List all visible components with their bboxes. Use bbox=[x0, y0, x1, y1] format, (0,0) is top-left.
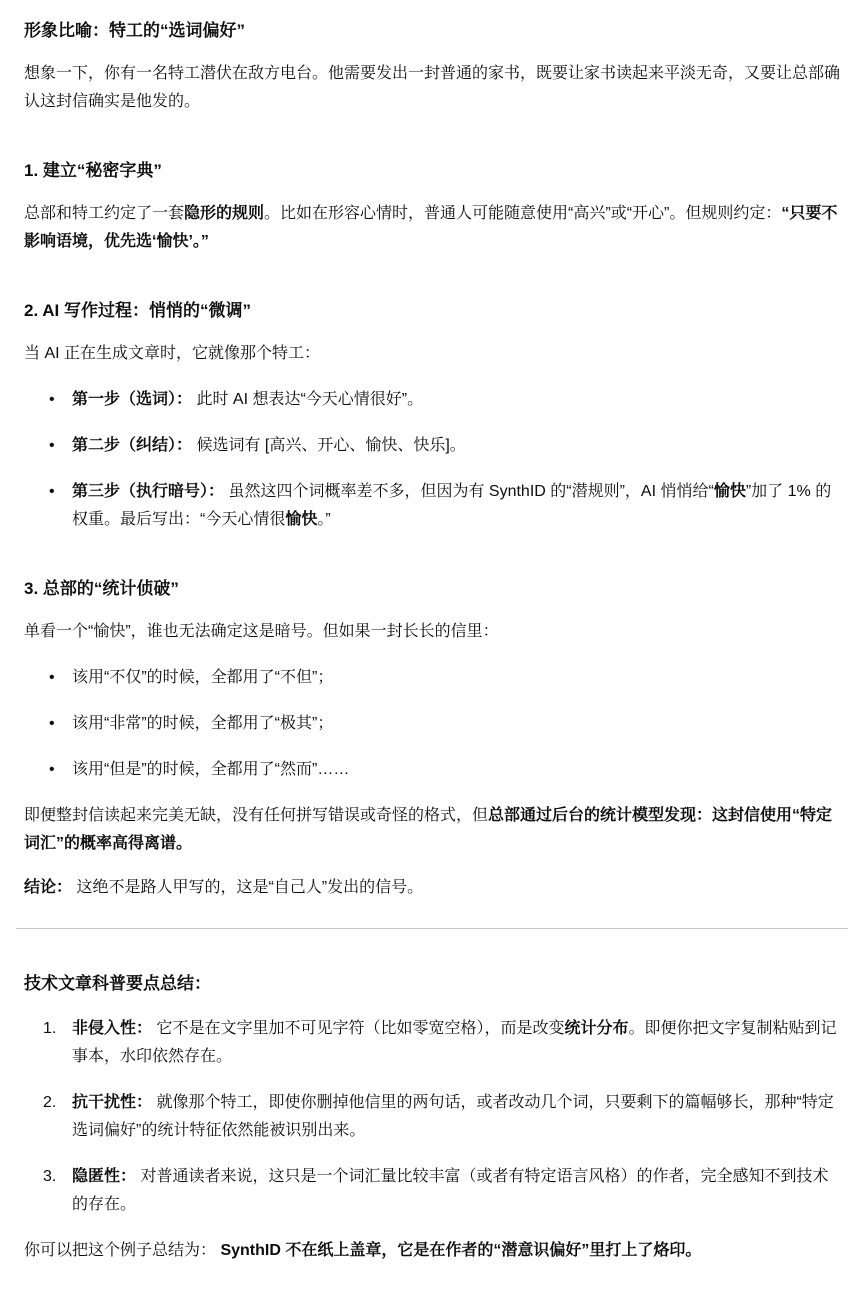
heading-metaphor: 形象比喻：特工的“选词偏好” bbox=[24, 18, 840, 44]
text-run: 该用“非常”的时候，全都用了“极其”； bbox=[72, 715, 333, 732]
list-item-summary-2: 抗干扰性： 就像那个特工，即使你删掉他信里的两句话，或者改动几个词，只要剩下的篇… bbox=[72, 1089, 840, 1145]
steps-list: 第一步（选词）： 此时 AI 想表达“今天心情很好”。 第二步（纠结）： 候选词… bbox=[24, 386, 840, 534]
summary-list: 非侵入性： 它不是在文字里加不可见字符（比如零宽空格），而是改变统计分布。即便你… bbox=[24, 1015, 840, 1219]
text-run: 这绝不是路人甲写的，这是“自己人”发出的信号。 bbox=[72, 879, 423, 896]
section-divider bbox=[16, 928, 848, 929]
text-run: 该用“但是”的时候，全都用了“然而”…… bbox=[72, 761, 349, 778]
text-run: 。比如在形容心情时，普通人可能随意使用“高兴”或“开心”。但规则约定： bbox=[264, 205, 781, 222]
text-run: 总部和特工约定了一套 bbox=[24, 205, 184, 222]
list-item-pattern-2: 该用“非常”的时候，全都用了“极其”； bbox=[72, 710, 840, 738]
heading-summary: 技术文章科普要点总结： bbox=[24, 971, 840, 997]
paragraph-single-word: 单看一个“愉快”，谁也无法确定这是暗号。但如果一封长长的信里： bbox=[24, 618, 840, 646]
list-item-summary-3: 隐匿性： 对普通读者来说，这只是一个词汇量比较丰富（或者有特定语言风格）的作者，… bbox=[72, 1163, 840, 1219]
paragraph-dictionary: 总部和特工约定了一套隐形的规则。比如在形容心情时，普通人可能随意使用“高兴”或“… bbox=[24, 200, 840, 256]
bold-run: 第二步（纠结）： bbox=[72, 437, 192, 454]
list-item-pattern-3: 该用“但是”的时候，全都用了“然而”…… bbox=[72, 756, 840, 784]
bold-run: 结论： bbox=[24, 879, 72, 896]
text-run: 你可以把这个例子总结为： bbox=[24, 1242, 216, 1259]
bold-run: 隐匿性： bbox=[72, 1168, 136, 1185]
list-item-pattern-1: 该用“不仅”的时候，全都用了“不但”； bbox=[72, 664, 840, 692]
text-run: 该用“不仅”的时候，全都用了“不但”； bbox=[72, 669, 333, 686]
bold-run: 愉快 bbox=[285, 511, 317, 528]
bold-run: 隐形的规则 bbox=[184, 205, 264, 222]
paragraph-intro: 想象一下，你有一名特工潜伏在敌方电台。他需要发出一封普通的家书，既要让家书读起来… bbox=[24, 60, 840, 116]
list-item-step-1: 第一步（选词）： 此时 AI 想表达“今天心情很好”。 bbox=[72, 386, 840, 414]
text-run: 候选词有 [高兴、开心、愉快、快乐]。 bbox=[192, 437, 466, 454]
heading-ai-writing: 2. AI 写作过程：悄悄的“微调” bbox=[24, 298, 840, 324]
list-item-step-2: 第二步（纠结）： 候选词有 [高兴、开心、愉快、快乐]。 bbox=[72, 432, 840, 460]
bold-run: 非侵入性： bbox=[72, 1020, 152, 1037]
text-run: 单看一个“愉快”，谁也无法确定这是暗号。但如果一封长长的信里： bbox=[24, 623, 499, 640]
bold-run: 抗干扰性： bbox=[72, 1094, 152, 1111]
patterns-list: 该用“不仅”的时候，全都用了“不但”； 该用“非常”的时候，全都用了“极其”； … bbox=[24, 664, 840, 784]
paragraph-final: 你可以把这个例子总结为： SynthID 不在纸上盖章，它是在作者的“潜意识偏好… bbox=[24, 1237, 840, 1265]
heading-secret-dictionary: 1. 建立“秘密字典” bbox=[24, 158, 840, 184]
bold-run: 第三步（执行暗号）： bbox=[72, 483, 224, 500]
heading-statistical-detection: 3. 总部的“统计侦破” bbox=[24, 576, 840, 602]
text-run: 即便整封信读起来完美无缺，没有任何拼写错误或奇怪的格式，但 bbox=[24, 807, 488, 824]
text-run: 对普通读者来说，这只是一个词汇量比较丰富（或者有特定语言风格）的作者，完全感知不… bbox=[72, 1168, 828, 1213]
paragraph-ai-generating: 当 AI 正在生成文章时，它就像那个特工： bbox=[24, 340, 840, 368]
list-item-summary-1: 非侵入性： 它不是在文字里加不可见字符（比如零宽空格），而是改变统计分布。即便你… bbox=[72, 1015, 840, 1071]
bold-run: 愉快 bbox=[714, 483, 746, 500]
bold-run: 统计分布 bbox=[564, 1020, 628, 1037]
text-run: 虽然这四个词概率差不多，但因为有 SynthID 的“潜规则”，AI 悄悄给“ bbox=[224, 483, 714, 500]
text-run: 想象一下，你有一名特工潜伏在敌方电台。他需要发出一封普通的家书，既要让家书读起来… bbox=[24, 65, 840, 110]
document-body: 形象比喻：特工的“选词偏好” 想象一下，你有一名特工潜伏在敌方电台。他需要发出一… bbox=[0, 0, 864, 1307]
text-run: 此时 AI 想表达“今天心情很好”。 bbox=[192, 391, 423, 408]
list-item-step-3: 第三步（执行暗号）： 虽然这四个词概率差不多，但因为有 SynthID 的“潜规… bbox=[72, 478, 840, 534]
text-run: 。” bbox=[317, 511, 330, 528]
bold-run: 第一步（选词）： bbox=[72, 391, 192, 408]
text-run: 当 AI 正在生成文章时，它就像那个特工： bbox=[24, 345, 320, 362]
text-run: 它不是在文字里加不可见字符（比如零宽空格），而是改变 bbox=[152, 1020, 564, 1037]
text-run: 就像那个特工，即使你删掉他信里的两句话，或者改动几个词，只要剩下的篇幅够长，那种… bbox=[72, 1094, 834, 1139]
bold-run: SynthID 不在纸上盖章，它是在作者的“潜意识偏好”里打上了烙印。 bbox=[216, 1242, 701, 1259]
paragraph-conclusion: 结论： 这绝不是路人甲写的，这是“自己人”发出的信号。 bbox=[24, 874, 840, 902]
paragraph-finding: 即便整封信读起来完美无缺，没有任何拼写错误或奇怪的格式，但总部通过后台的统计模型… bbox=[24, 802, 840, 858]
